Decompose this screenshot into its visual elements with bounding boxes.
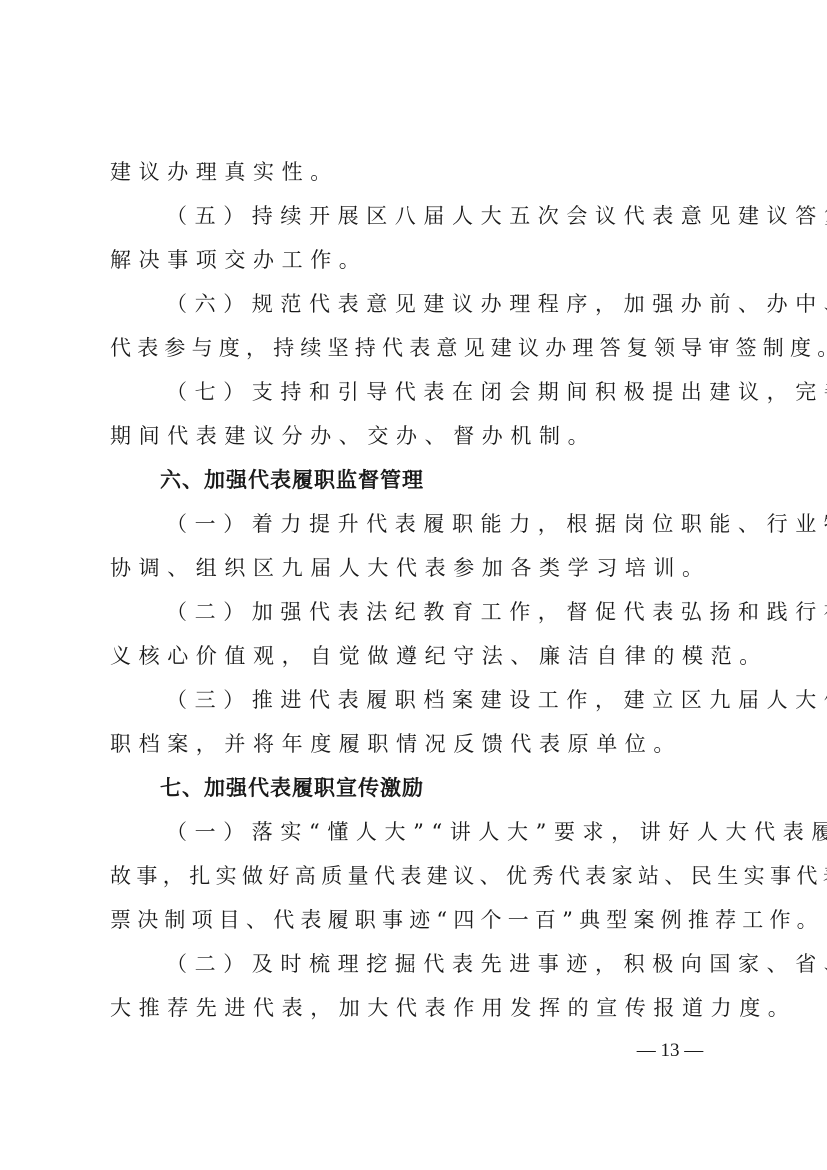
- text-line: 代表参与度，持续坚持代表意见建议办理答复领导审签制度。: [110, 326, 724, 370]
- section-heading-7: 七、加强代表履职宣传激励: [110, 766, 724, 810]
- paragraph-item-2: （二）加强代表法纪教育工作，督促代表弘扬和践行社会主: [110, 590, 724, 634]
- paragraph-item-1: （一）落实“懂人大”“讲人大”要求，讲好人大代表履职: [110, 810, 724, 854]
- paragraph-item-6: （六）规范代表意见建议办理程序，加强办前、办中、办后: [110, 282, 724, 326]
- text-line: 票决制项目、代表履职事迹“四个一百”典型案例推荐工作。: [110, 898, 724, 942]
- paragraph-item-5: （五）持续开展区八届人大五次会议代表意见建议答复承诺: [110, 194, 724, 238]
- paragraph-item-7: （七）支持和引导代表在闭会期间积极提出建议，完善闭会: [110, 370, 724, 414]
- page-number: — 13 —: [620, 1040, 720, 1062]
- text-line: 职档案，并将年度履职情况反馈代表原单位。: [110, 722, 724, 766]
- document-page: 建议办理真实性。 （五）持续开展区八届人大五次会议代表意见建议答复承诺 解决事项…: [110, 150, 724, 1030]
- text-line: 建议办理真实性。: [110, 150, 724, 194]
- paragraph-item-3: （三）推进代表履职档案建设工作，建立区九届人大代表履: [110, 678, 724, 722]
- text-line: 协调、组织区九届人大代表参加各类学习培训。: [110, 546, 724, 590]
- section-heading-6: 六、加强代表履职监督管理: [110, 458, 724, 502]
- text-line: 期间代表建议分办、交办、督办机制。: [110, 414, 724, 458]
- text-line: 解决事项交办工作。: [110, 238, 724, 282]
- text-line: 故事，扎实做好高质量代表建议、优秀代表家站、民生实事代表: [110, 854, 724, 898]
- text-line: 义核心价值观，自觉做遵纪守法、廉洁自律的模范。: [110, 634, 724, 678]
- text-line: 大推荐先进代表，加大代表作用发挥的宣传报道力度。: [110, 986, 724, 1030]
- paragraph-item-1: （一）着力提升代表履职能力，根据岗位职能、行业特点，: [110, 502, 724, 546]
- paragraph-item-2: （二）及时梳理挖掘代表先进事迹，积极向国家、省、市人: [110, 942, 724, 986]
